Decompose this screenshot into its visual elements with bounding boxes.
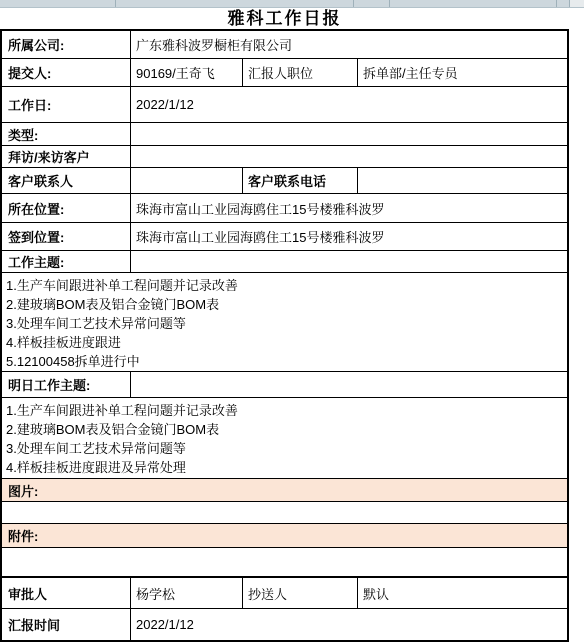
tomorrow-topic-content: 1.生产车间跟进补单工程问题并记录改善 2.建玻璃BOM表及铝合金镜门BOM表 … bbox=[2, 398, 567, 479]
attachments-content bbox=[2, 548, 567, 576]
work-topic-label: 工作主题: bbox=[2, 251, 131, 272]
type-label: 类型: bbox=[2, 123, 131, 145]
row-tomorrow-topic: 明日工作主题: bbox=[2, 372, 567, 398]
signin-location-value: 珠海市富山工业园海鸥住工15号楼雅科波罗 bbox=[131, 223, 567, 250]
visitor-value bbox=[131, 146, 567, 167]
row-customer-contact: 客户联系人 客户联系电话 bbox=[2, 168, 567, 194]
row-type: 类型: bbox=[2, 123, 567, 146]
row-signin-location: 签到位置: 珠海市富山工业园海鸥住工15号楼雅科波罗 bbox=[2, 223, 567, 251]
report-time-value: 2022/1/12 bbox=[131, 609, 567, 640]
cc-label: 抄送人 bbox=[243, 578, 358, 608]
work-item: 1.生产车间跟进补单工程问题并记录改善 bbox=[6, 276, 563, 295]
tomorrow-topic-value bbox=[131, 372, 567, 397]
cc-value: 默认 bbox=[358, 578, 567, 608]
tomorrow-item: 4.样板挂板进度跟进及异常处理 bbox=[6, 458, 563, 477]
approver-value: 杨学松 bbox=[131, 578, 243, 608]
work-item: 5.12100458拆单进行中 bbox=[6, 352, 563, 371]
position-label: 汇报人职位 bbox=[243, 59, 358, 86]
work-item: 2.建玻璃BOM表及铝合金镜门BOM表 bbox=[6, 295, 563, 314]
tomorrow-item: 1.生产车间跟进补单工程问题并记录改善 bbox=[6, 401, 563, 420]
position-value: 拆单部/主任专员 bbox=[358, 59, 567, 86]
strip-cell-divider bbox=[389, 0, 390, 7]
strip-cell-divider bbox=[556, 0, 557, 7]
row-attachments-empty bbox=[2, 548, 567, 578]
approver-label: 审批人 bbox=[2, 578, 131, 608]
location-value: 珠海市富山工业园海鸥住工15号楼雅科波罗 bbox=[131, 194, 567, 222]
submitter-value: 90169/王奇飞 bbox=[131, 59, 243, 86]
customer-contact-label: 客户联系人 bbox=[2, 168, 131, 193]
work-topic-content: 1.生产车间跟进补单工程问题并记录改善 2.建玻璃BOM表及铝合金镜门BOM表 … bbox=[2, 273, 567, 372]
row-work-date: 工作日: 2022/1/12 bbox=[2, 87, 567, 123]
images-content bbox=[2, 502, 567, 523]
tomorrow-topic-label: 明日工作主题: bbox=[2, 372, 131, 397]
signin-location-label: 签到位置: bbox=[2, 223, 131, 250]
row-images: 图片: bbox=[2, 479, 567, 502]
tomorrow-item: 2.建玻璃BOM表及铝合金镜门BOM表 bbox=[6, 420, 563, 439]
work-topic-value bbox=[131, 251, 567, 272]
attachments-label: 附件: bbox=[2, 524, 38, 547]
submitter-label: 提交人: bbox=[2, 59, 131, 86]
row-approver: 审批人 杨学松 抄送人 默认 bbox=[2, 578, 567, 609]
row-report-time: 汇报时间 2022/1/12 bbox=[2, 609, 567, 640]
row-submitter: 提交人: 90169/王奇飞 汇报人职位 拆单部/主任专员 bbox=[2, 59, 567, 87]
location-label: 所在位置: bbox=[2, 194, 131, 222]
row-attachments: 附件: bbox=[2, 524, 567, 548]
row-images-empty bbox=[2, 502, 567, 524]
strip-cell-divider bbox=[115, 0, 116, 7]
work-item: 3.处理车间工艺技术异常问题等 bbox=[6, 314, 563, 333]
images-label: 图片: bbox=[2, 479, 38, 501]
type-value bbox=[131, 123, 567, 145]
tomorrow-item: 3.处理车间工艺技术异常问题等 bbox=[6, 439, 563, 458]
work-date-value: 2022/1/12 bbox=[131, 87, 567, 122]
row-location: 所在位置: 珠海市富山工业园海鸥住工15号楼雅科波罗 bbox=[2, 194, 567, 223]
daily-report-table: 所属公司: 广东雅科波罗橱柜有限公司 提交人: 90169/王奇飞 汇报人职位 … bbox=[0, 29, 569, 642]
company-value: 广东雅科波罗橱柜有限公司 bbox=[131, 31, 567, 58]
strip-end-cell bbox=[570, 0, 584, 7]
spreadsheet-header-strip bbox=[0, 0, 584, 8]
strip-cell-divider bbox=[353, 0, 354, 7]
row-work-topic: 工作主题: bbox=[2, 251, 567, 273]
visitor-label: 拜访/来访客户 bbox=[2, 146, 131, 167]
work-date-label: 工作日: bbox=[2, 87, 131, 122]
report-title: 雅科工作日报 bbox=[0, 8, 569, 29]
customer-phone-value bbox=[358, 168, 567, 193]
customer-phone-label: 客户联系电话 bbox=[243, 168, 358, 193]
row-company: 所属公司: 广东雅科波罗橱柜有限公司 bbox=[2, 31, 567, 59]
company-label: 所属公司: bbox=[2, 31, 131, 58]
row-visitor: 拜访/来访客户 bbox=[2, 146, 567, 168]
work-item: 4.样板挂板进度跟进 bbox=[6, 333, 563, 352]
report-time-label: 汇报时间 bbox=[2, 609, 131, 640]
customer-contact-value bbox=[131, 168, 243, 193]
